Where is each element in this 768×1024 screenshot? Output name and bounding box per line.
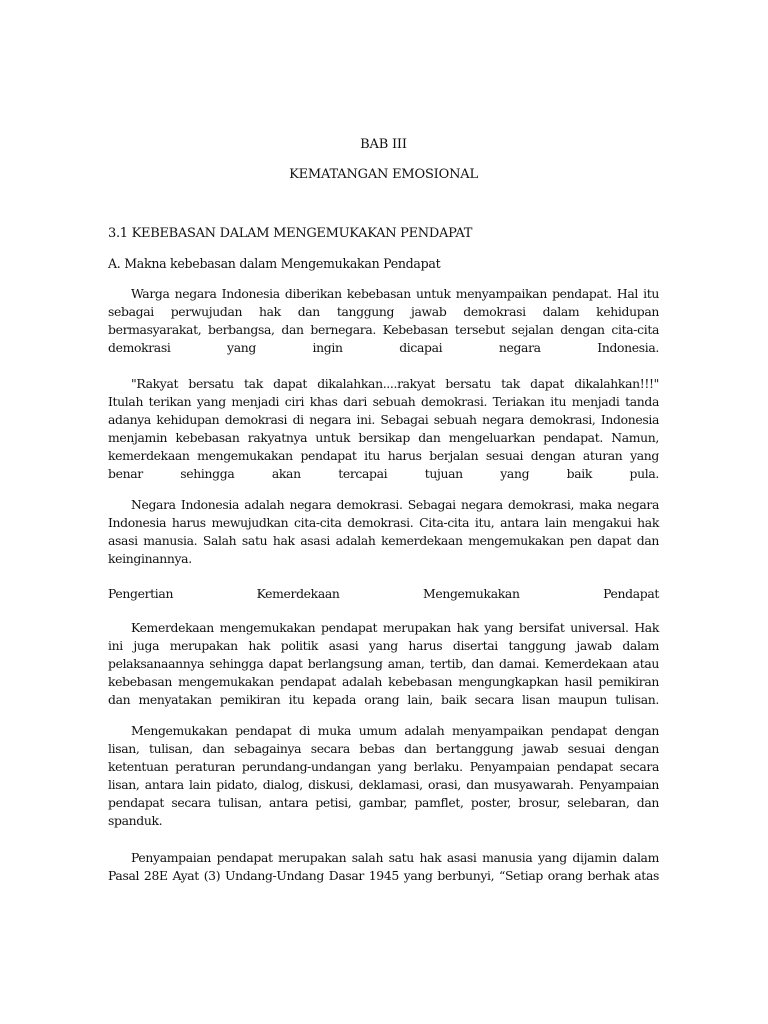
document-page: BAB III KEMATANGAN EMOSIONAL 3.1 KEBEBAS… <box>0 0 768 1024</box>
paragraph-line: pendapat secara tulisan, antara petisi, … <box>108 794 659 812</box>
paragraph-line: Kemerdekaan mengemukakan pendapat merupa… <box>108 619 659 637</box>
paragraph-line: lisan, antara lain pidato, dialog, disku… <box>108 776 659 794</box>
paragraph-line: pelaksanaannya sehingga dapat berlangsun… <box>108 655 659 673</box>
paragraph-line: demokrasi yang ingin dicapai negara Indo… <box>108 339 659 357</box>
paragraph-line: sebagai perwujudan hak dan tanggung jawa… <box>108 303 659 321</box>
paragraph-5: Mengemukakan pendapat di muka umum adala… <box>108 722 659 830</box>
definition-heading: Pengertian Kemerdekaan Mengemukakan Pend… <box>108 585 659 603</box>
paragraph-line: spanduk. <box>108 812 659 830</box>
paragraph-line: adanya kehidupan demokrasi di negara ini… <box>108 411 659 429</box>
chapter-number: BAB III <box>108 137 659 152</box>
paragraph-line: Warga negara Indonesia diberikan kebebas… <box>108 285 659 303</box>
paragraph-line: kemerdekaan mengemukakan pendapat itu ha… <box>108 447 659 465</box>
paragraph-line: ketentuan peraturan perundang-undangan y… <box>108 758 659 776</box>
paragraph-6: Penyampaian pendapat merupakan salah sat… <box>108 849 659 885</box>
paragraph-line: menjamin kebebasan rakyatnya untuk bersi… <box>108 429 659 447</box>
paragraph-line: Negara Indonesia adalah negara demokrasi… <box>108 496 659 514</box>
paragraph-1: Warga negara Indonesia diberikan kebebas… <box>108 285 659 357</box>
paragraph-line: Mengemukakan pendapat di muka umum adala… <box>108 722 659 740</box>
paragraph-2: "Rakyat bersatu tak dapat dikalahkan....… <box>108 375 659 483</box>
paragraph-line: kebebasan mengemukakan pendapat adalah k… <box>108 673 659 691</box>
subsection-heading: A. Makna kebebasan dalam Mengemukakan Pe… <box>108 256 440 271</box>
paragraph-line: bermasyarakat, berbangsa, dan bernegara.… <box>108 321 659 339</box>
chapter-title: KEMATANGAN EMOSIONAL <box>108 167 659 182</box>
paragraph-line: ini juga merupakan hak politik asasi yan… <box>108 637 659 655</box>
paragraph-line: "Rakyat bersatu tak dapat dikalahkan....… <box>108 375 659 393</box>
paragraph-line: keinginannya. <box>108 550 659 568</box>
paragraph-4: Kemerdekaan mengemukakan pendapat merupa… <box>108 619 659 709</box>
paragraph-line: Indonesia harus mewujudkan cita-cita dem… <box>108 514 659 532</box>
paragraph-line: Pasal 28E Ayat (3) Undang-Undang Dasar 1… <box>108 867 659 885</box>
definition-heading-text: Pengertian Kemerdekaan Mengemukakan Pend… <box>108 585 659 603</box>
section-heading: 3.1 KEBEBASAN DALAM MENGEMUKAKAN PENDAPA… <box>108 226 472 241</box>
paragraph-line: Itulah terikan yang menjadi ciri khas da… <box>108 393 659 411</box>
paragraph-line: Penyampaian pendapat merupakan salah sat… <box>108 849 659 867</box>
paragraph-line: benar sehingga akan tercapai tujuan yang… <box>108 465 659 483</box>
paragraph-3: Negara Indonesia adalah negara demokrasi… <box>108 496 659 568</box>
paragraph-line: asasi manusia. Salah satu hak asasi adal… <box>108 532 659 550</box>
paragraph-line: lisan, tulisan, dan sebagainya secara be… <box>108 740 659 758</box>
paragraph-line: dan menyatakan pemikiran itu kepada oran… <box>108 691 659 709</box>
